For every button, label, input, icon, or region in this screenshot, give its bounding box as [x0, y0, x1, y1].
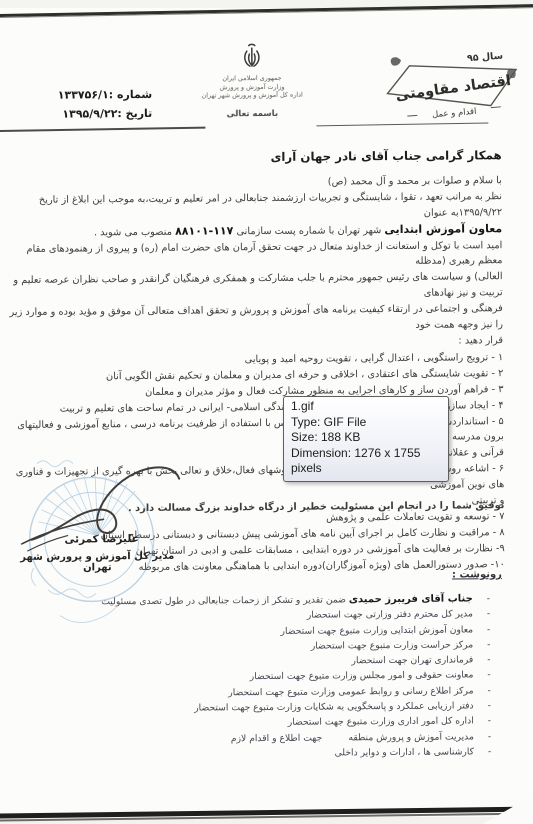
bismillah: باسمه تعالی	[188, 108, 316, 119]
tooltip-line: Size: 188 KB	[291, 430, 441, 446]
paragraph-line: امید است با توکل و استعانت از خداوند متع…	[5, 238, 502, 274]
year-stamp-year: سال ۹۵	[467, 51, 504, 65]
cc-line: -کارشناسی ها ، ادارات و دوایر داخلی	[9, 744, 491, 763]
iran-emblem-icon	[240, 42, 264, 72]
paragraph-line: فرهنگی و اجتماعی در ارتقاء کیفیت برنامه …	[6, 301, 503, 337]
tooltip-line: Type: GIF File	[291, 415, 441, 431]
scanned-letter-preview[interactable]: شماره :۱۳۳۷۵۶/۱ تاریخ :۱۳۹۵/۹/۲۲ جمهوری …	[0, 0, 533, 824]
intro-paragraph: امید است با توکل و استعانت از خداوند متع…	[5, 238, 503, 353]
intro-line: نظر به مراتب تعهد ، تقوا ، شایستگی و تجر…	[5, 189, 502, 225]
gov-line: اداره کل آموزش و پرورش شهر تهران	[188, 91, 316, 101]
file-info-tooltip: 1.gif Type: GIF FileSize: 188 KBDimensio…	[283, 396, 449, 482]
cc-heading: رونوشت :	[372, 569, 502, 581]
scanned-page: شماره :۱۳۳۷۵۶/۱ تاریخ :۱۳۹۵/۹/۲۲ جمهوری …	[0, 0, 533, 824]
letter-date: تاریخ :۱۳۹۵/۹/۲۲	[24, 104, 152, 124]
official-stamp-and-signature	[7, 439, 204, 636]
cc-first-name: جناب آقای فریبرز حمیدی	[349, 593, 473, 605]
year-stamp-subtitle: اقدام و عمل	[432, 107, 477, 120]
letter-heading: همکار گرامی جناب آقای نادر جهان آرای	[5, 148, 502, 168]
gov-lines: جمهوری اسلامی ایرانوزارت آموزش و پرورشاد…	[188, 74, 316, 101]
org-code: ۱۱۷-۸۸۱۰۱	[175, 224, 233, 237]
year-slogan-stamp: سال ۹۵ اقتصاد مقاومتی اقدام و عمل	[381, 46, 524, 125]
year-stamp-slogan: اقتصاد مقاومتی	[395, 73, 512, 104]
header-rule-left	[0, 127, 205, 132]
paragraph-line: العالی) و سیاست های رئیس جمهور محترم با …	[6, 269, 503, 305]
tooltip-filename: 1.gif	[291, 399, 441, 415]
stamp-flourish-left	[390, 57, 401, 66]
position-title: معاون آموزش ابتدایی	[384, 222, 502, 236]
tooltip-line: Dimension: 1276 x 1755 pixels	[291, 446, 441, 477]
letter-number: شماره :۱۳۳۷۵۶/۱	[24, 85, 152, 105]
letter-number-block: شماره :۱۳۳۷۵۶/۱ تاریخ :۱۳۹۵/۹/۲۲	[24, 85, 152, 124]
letterhead-center: جمهوری اسلامی ایرانوزارت آموزش و پرورشاد…	[188, 42, 317, 120]
